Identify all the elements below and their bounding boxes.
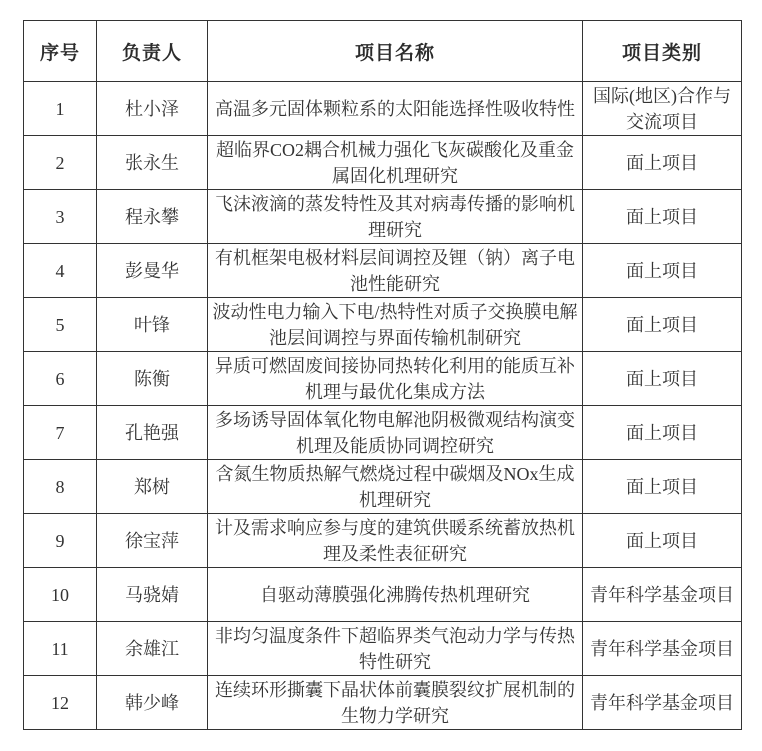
table-row: 12 韩少峰 连续环形撕囊下晶状体前囊膜裂纹扩展机制的生物力学研究 青年科学基金…: [24, 676, 742, 730]
table-row: 10 马骁婧 自驱动薄膜强化沸腾传热机理研究 青年科学基金项目: [24, 568, 742, 622]
cell-project-title: 计及需求响应参与度的建筑供暖系统蓄放热机理及柔性表征研究: [208, 514, 583, 568]
table-row: 6 陈衡 异质可燃固废间接协同热转化利用的能质互补机理与最优化集成方法 面上项目: [24, 352, 742, 406]
cell-principal: 叶锋: [97, 298, 208, 352]
table-row: 2 张永生 超临界CO2耦合机械力强化飞灰碳酸化及重金属固化机理研究 面上项目: [24, 136, 742, 190]
cell-serial-number: 12: [24, 676, 97, 730]
table-row: 4 彭曼华 有机框架电极材料层间调控及锂（钠）离子电池性能研究 面上项目: [24, 244, 742, 298]
table-row: 7 孔艳强 多场诱导固体氧化物电解池阴极微观结构演变机理及能质协同调控研究 面上…: [24, 406, 742, 460]
cell-project-title: 超临界CO2耦合机械力强化飞灰碳酸化及重金属固化机理研究: [208, 136, 583, 190]
cell-serial-number: 7: [24, 406, 97, 460]
cell-principal: 杜小泽: [97, 82, 208, 136]
project-table: 序号 负责人 项目名称 项目类别 1 杜小泽 高温多元固体颗粒系的太阳能选择性吸…: [23, 20, 742, 730]
cell-serial-number: 5: [24, 298, 97, 352]
cell-project-title: 含氮生物质热解气燃烧过程中碳烟及NOx生成机理研究: [208, 460, 583, 514]
cell-project-title: 自驱动薄膜强化沸腾传热机理研究: [208, 568, 583, 622]
cell-serial-number: 3: [24, 190, 97, 244]
cell-serial-number: 11: [24, 622, 97, 676]
header-project-title: 项目名称: [208, 21, 583, 82]
cell-principal: 孔艳强: [97, 406, 208, 460]
cell-project-title: 飞沫液滴的蒸发特性及其对病毒传播的影响机理研究: [208, 190, 583, 244]
cell-principal: 余雄江: [97, 622, 208, 676]
cell-project-category: 面上项目: [583, 190, 742, 244]
cell-principal: 徐宝萍: [97, 514, 208, 568]
cell-serial-number: 9: [24, 514, 97, 568]
table-header: 序号 负责人 项目名称 项目类别: [24, 21, 742, 82]
cell-project-category: 面上项目: [583, 136, 742, 190]
cell-serial-number: 6: [24, 352, 97, 406]
header-row: 序号 负责人 项目名称 项目类别: [24, 21, 742, 82]
cell-principal: 陈衡: [97, 352, 208, 406]
header-serial-number: 序号: [24, 21, 97, 82]
cell-project-category: 青年科学基金项目: [583, 568, 742, 622]
cell-project-title: 有机框架电极材料层间调控及锂（钠）离子电池性能研究: [208, 244, 583, 298]
project-table-container: 序号 负责人 项目名称 项目类别 1 杜小泽 高温多元固体颗粒系的太阳能选择性吸…: [23, 20, 742, 730]
cell-project-category: 面上项目: [583, 298, 742, 352]
cell-project-title: 非均匀温度条件下超临界类气泡动力学与传热特性研究: [208, 622, 583, 676]
table-body: 1 杜小泽 高温多元固体颗粒系的太阳能选择性吸收特性 国际(地区)合作与交流项目…: [24, 82, 742, 730]
table-row: 11 余雄江 非均匀温度条件下超临界类气泡动力学与传热特性研究 青年科学基金项目: [24, 622, 742, 676]
cell-project-category: 国际(地区)合作与交流项目: [583, 82, 742, 136]
cell-project-title: 异质可燃固废间接协同热转化利用的能质互补机理与最优化集成方法: [208, 352, 583, 406]
cell-serial-number: 4: [24, 244, 97, 298]
cell-project-category: 青年科学基金项目: [583, 622, 742, 676]
cell-project-category: 面上项目: [583, 352, 742, 406]
cell-principal: 马骁婧: [97, 568, 208, 622]
table-row: 9 徐宝萍 计及需求响应参与度的建筑供暖系统蓄放热机理及柔性表征研究 面上项目: [24, 514, 742, 568]
cell-principal: 彭曼华: [97, 244, 208, 298]
table-row: 1 杜小泽 高温多元固体颗粒系的太阳能选择性吸收特性 国际(地区)合作与交流项目: [24, 82, 742, 136]
cell-principal: 韩少峰: [97, 676, 208, 730]
table-row: 5 叶锋 波动性电力输入下电/热特性对质子交换膜电解池层间调控与界面传输机制研究…: [24, 298, 742, 352]
cell-serial-number: 10: [24, 568, 97, 622]
cell-project-title: 连续环形撕囊下晶状体前囊膜裂纹扩展机制的生物力学研究: [208, 676, 583, 730]
header-principal: 负责人: [97, 21, 208, 82]
cell-serial-number: 2: [24, 136, 97, 190]
cell-project-category: 面上项目: [583, 460, 742, 514]
table-row: 3 程永攀 飞沫液滴的蒸发特性及其对病毒传播的影响机理研究 面上项目: [24, 190, 742, 244]
cell-project-category: 青年科学基金项目: [583, 676, 742, 730]
header-project-category: 项目类别: [583, 21, 742, 82]
cell-principal: 郑树: [97, 460, 208, 514]
table-row: 8 郑树 含氮生物质热解气燃烧过程中碳烟及NOx生成机理研究 面上项目: [24, 460, 742, 514]
cell-project-title: 高温多元固体颗粒系的太阳能选择性吸收特性: [208, 82, 583, 136]
cell-principal: 张永生: [97, 136, 208, 190]
cell-project-title: 波动性电力输入下电/热特性对质子交换膜电解池层间调控与界面传输机制研究: [208, 298, 583, 352]
cell-project-title: 多场诱导固体氧化物电解池阴极微观结构演变机理及能质协同调控研究: [208, 406, 583, 460]
cell-project-category: 面上项目: [583, 514, 742, 568]
cell-serial-number: 1: [24, 82, 97, 136]
cell-serial-number: 8: [24, 460, 97, 514]
cell-project-category: 面上项目: [583, 406, 742, 460]
cell-principal: 程永攀: [97, 190, 208, 244]
cell-project-category: 面上项目: [583, 244, 742, 298]
